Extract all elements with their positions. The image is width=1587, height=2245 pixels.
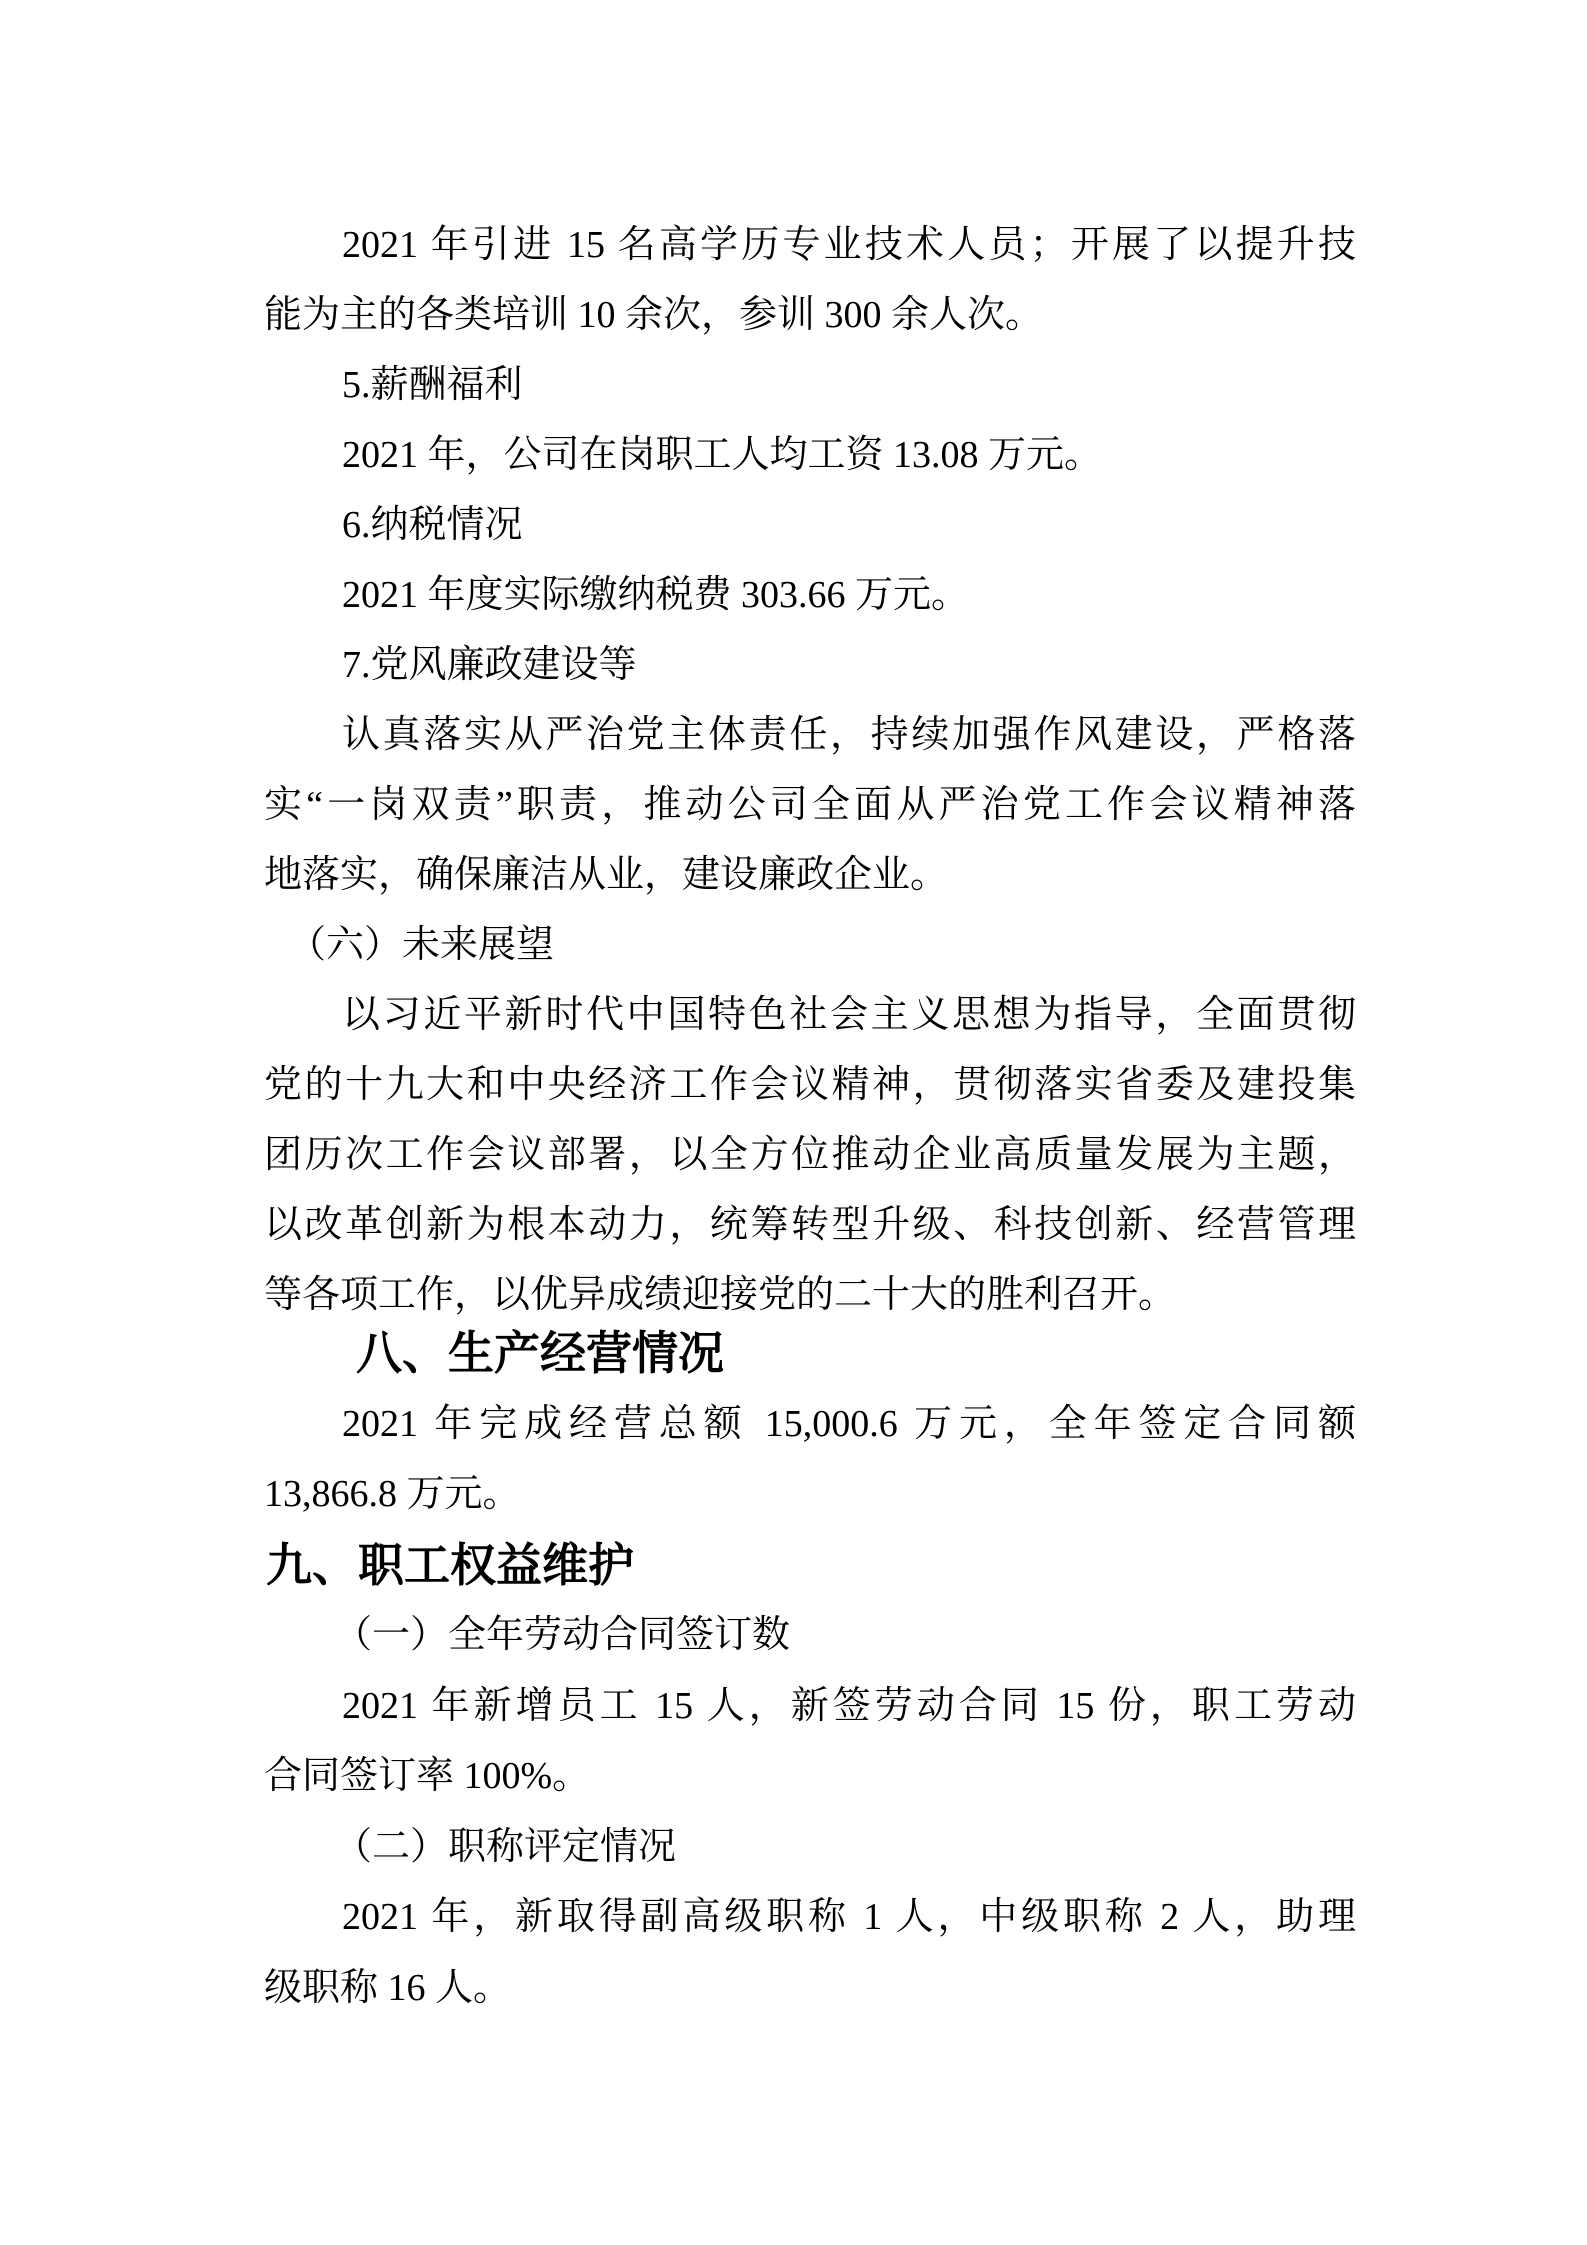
item-label-contract-count: （一）全年劳动合同签订数 [264, 1600, 1356, 1670]
item-heading-salary-welfare: 5.薪酬福利 [264, 350, 1356, 420]
document-page: 2021 年引进 15 名高学历专业技术人员；开展了以提升技能为主的各类培训 1… [0, 0, 1587, 2245]
text-line: 以习近平新时代中国特色社会主义思想为指导，全面贯彻 [264, 980, 1356, 1050]
section-heading-production: 八、生产经营情况 [264, 1318, 1356, 1388]
text-line: 级职称 16 人。 [264, 1953, 1356, 2023]
item-heading-tax-situation: 6.纳税情况 [264, 490, 1356, 560]
subsection-label-future-outlook: （六）未来展望 [264, 910, 1356, 980]
section-heading-employee-rights: 九、职工权益维护 [264, 1530, 1356, 1600]
text-line: 地落实，确保廉洁从业，建设廉政企业。 [264, 840, 1356, 910]
item-label-title-evaluation: （二）职称评定情况 [264, 1812, 1356, 1882]
item-heading-party-conduct: 7.党风廉政建设等 [264, 630, 1356, 700]
text-line: 能为主的各类培训 10 余次，参训 300 余人次。 [264, 280, 1356, 350]
text-line: 党的十九大和中央经济工作会议精神，贯彻落实省委及建投集 [264, 1050, 1356, 1120]
text-line: 2021 年新增员工 15 人，新签劳动合同 15 份，职工劳动 [264, 1671, 1356, 1741]
text-line: 13,866.8 万元。 [264, 1459, 1356, 1529]
text-line: 合同签订率 100%。 [264, 1741, 1356, 1811]
text-line: 以改革创新为根本动力，统筹转型升级、科技创新、经营管理 [264, 1190, 1356, 1260]
text-line: 2021 年度实际缴纳税费 303.66 万元。 [264, 560, 1356, 630]
text-line: 2021 年，公司在岗职工人均工资 13.08 万元。 [264, 420, 1356, 490]
text-line: 2021 年完成经营总额 15,000.6 万元，全年签定合同额 [264, 1389, 1356, 1459]
text-line: 团历次工作会议部署，以全方位推动企业高质量发展为主题， [264, 1120, 1356, 1190]
text-line: 实“一岗双责”职责，推动公司全面从严治党工作会议精神落 [264, 770, 1356, 840]
text-line: 2021 年引进 15 名高学历专业技术人员；开展了以提升技 [264, 210, 1356, 280]
text-line: 认真落实从严治党主体责任，持续加强作风建设，严格落 [264, 700, 1356, 770]
text-line: 2021 年，新取得副高级职称 1 人，中级职称 2 人，助理 [264, 1882, 1356, 1952]
